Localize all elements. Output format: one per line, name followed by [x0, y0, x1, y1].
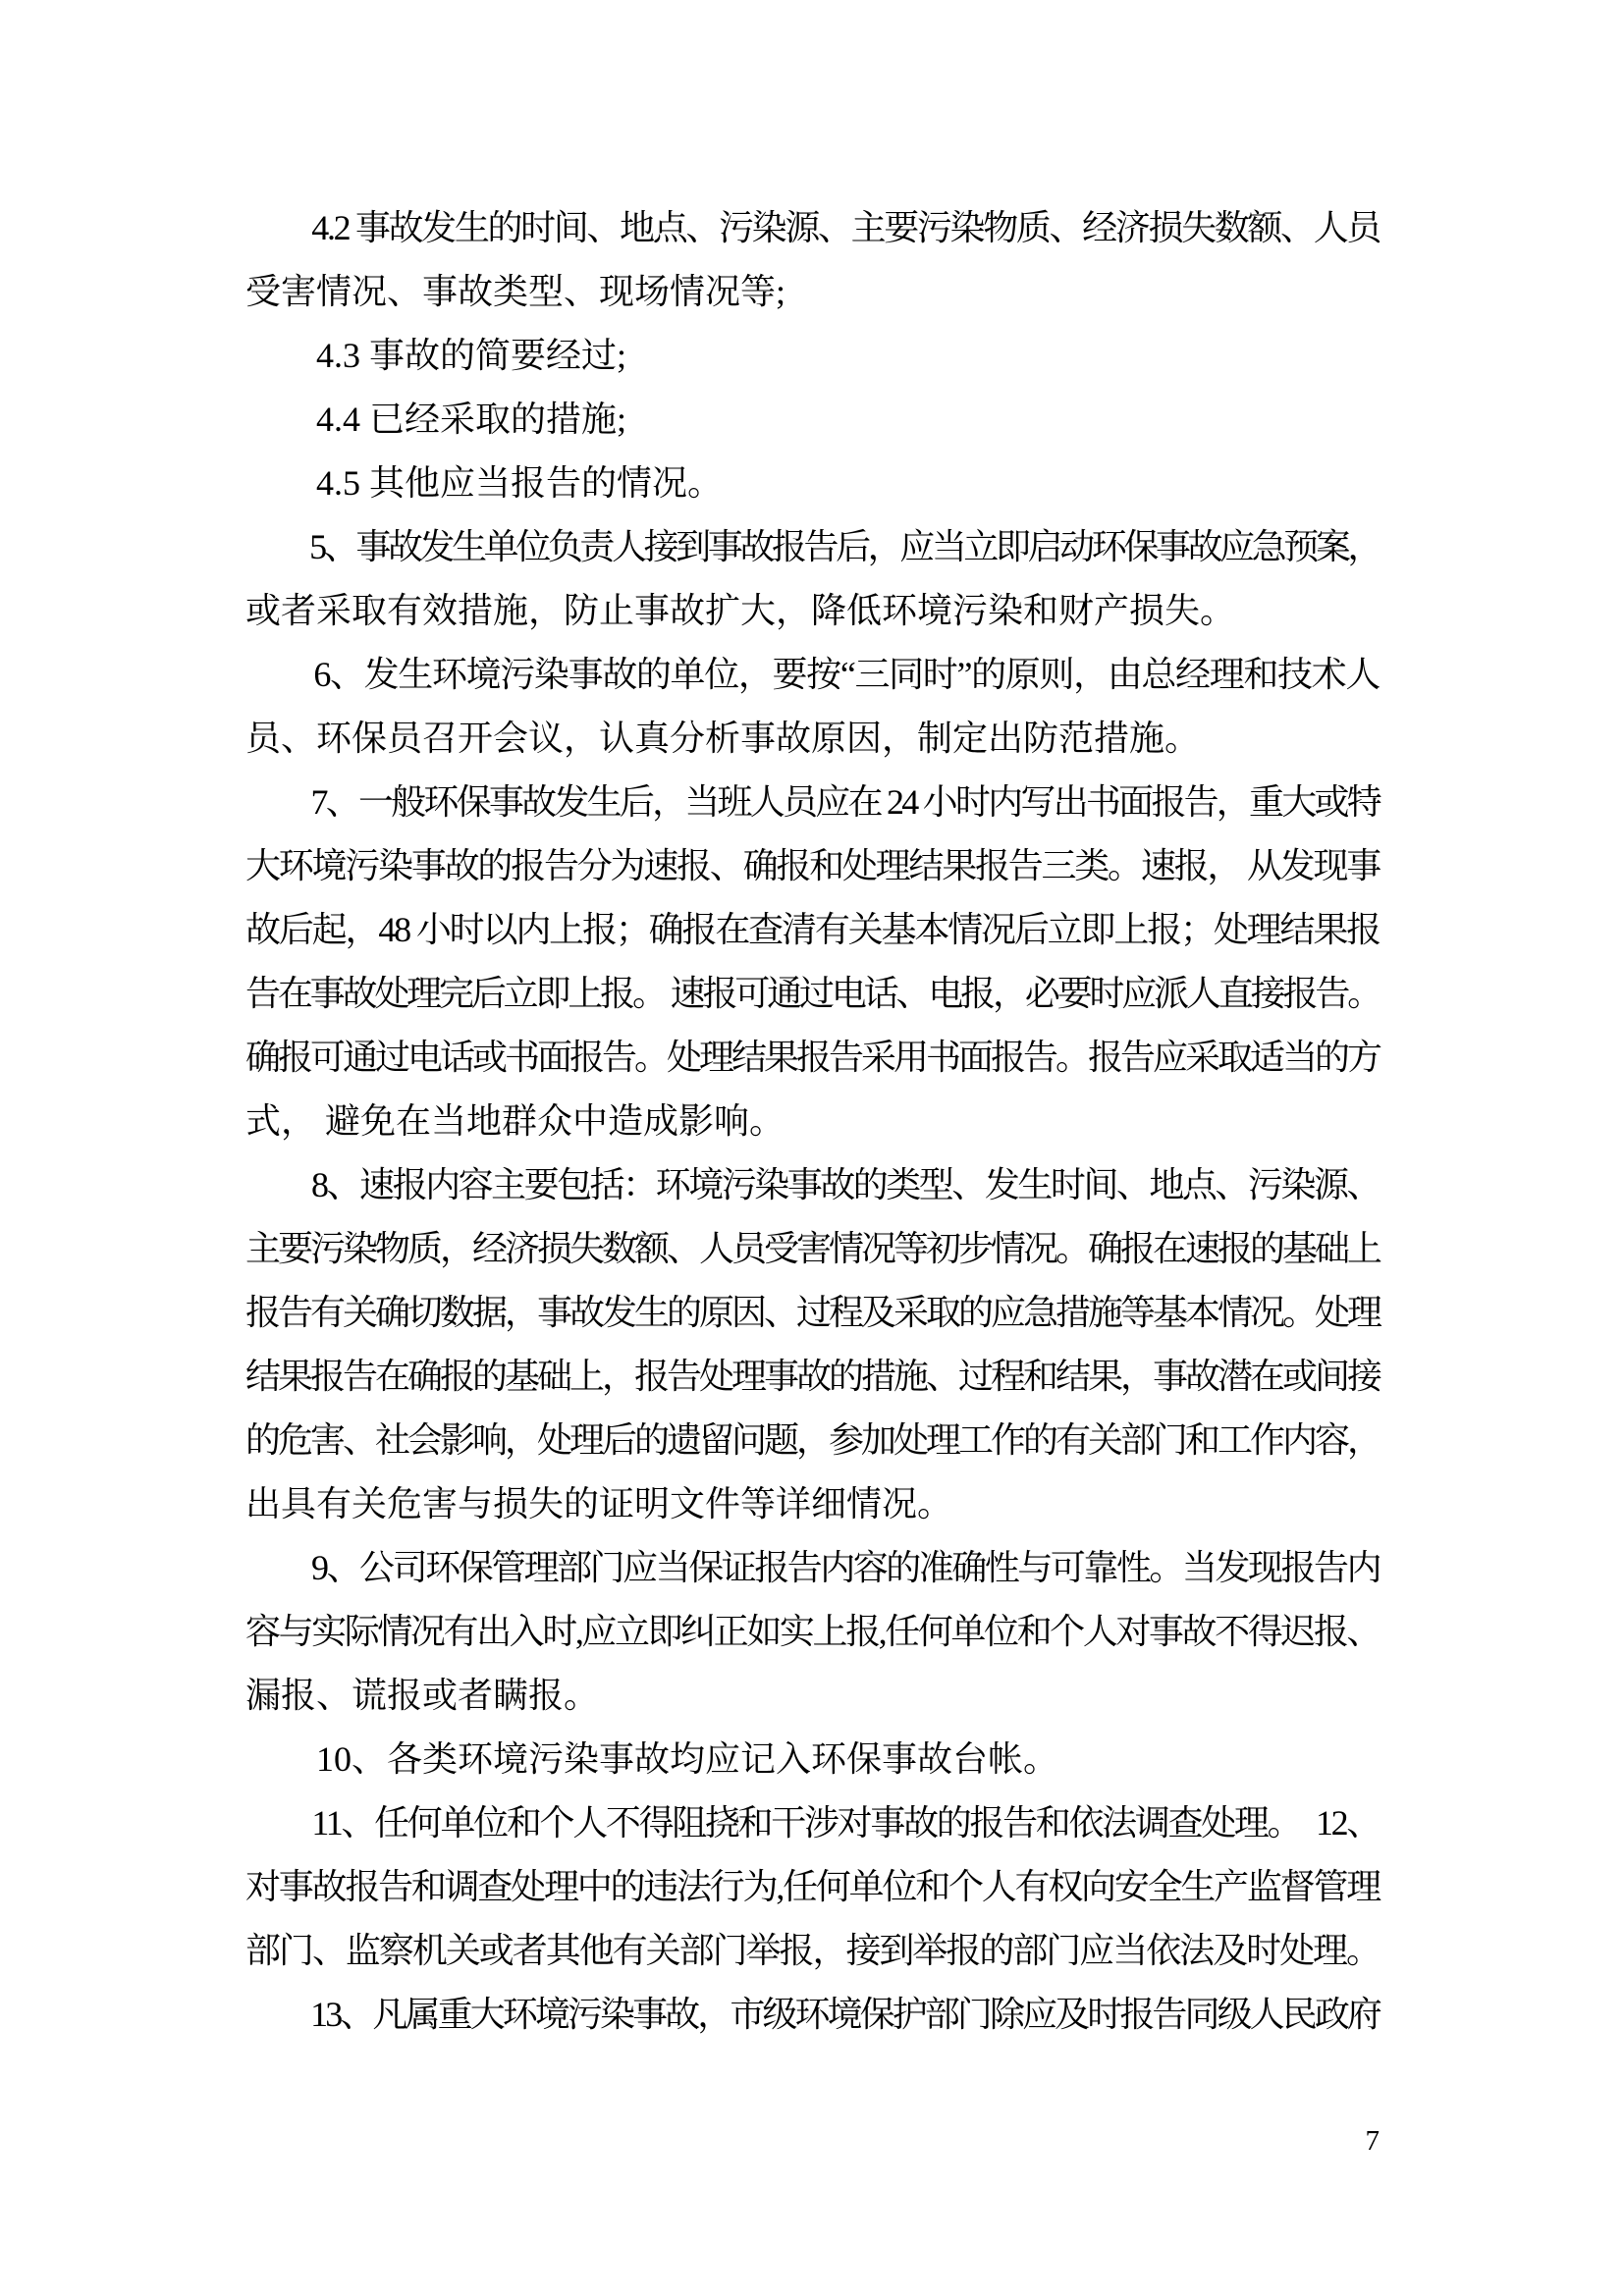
text-line: 对事故报告和调查处理中的违法行为,任何单位和个人有权向安全生产监督管理	[245, 1855, 1380, 1919]
text-line: 漏报、谎报或者瞒报。	[245, 1664, 1380, 1728]
text-line: 11、任何单位和个人不得阻挠和干涉对事故的报告和依法调查处理。 12、	[245, 1791, 1380, 1855]
text-line: 5、事故发生单位负责人接到事故报告后，应当立即启动环保事故应急预案，	[245, 515, 1380, 579]
text-line: 6、发生环境污染事故的单位，要按“三同时”的原则，由总经理和技术人	[245, 643, 1380, 707]
text-line: 容与实际情况有出入时,应立即纠正如实上报,任何单位和个人对事故不得迟报、	[245, 1600, 1380, 1664]
text-line: 8、速报内容主要包括：环境污染事故的类型、发生时间、地点、污染源、	[245, 1153, 1380, 1217]
text-line: 确报可通过电话或书面报告。处理结果报告采用书面报告。报告应采取适当的方	[245, 1026, 1380, 1090]
text-line: 4.3 事故的简要经过;	[245, 324, 1380, 388]
text-line: 式， 避免在当地群众中造成影响。	[245, 1090, 1380, 1153]
document-body: 4.2 事故发生的时间、地点、污染源、主要污染物质、经济损失数额、人员受害情况、…	[245, 196, 1380, 2047]
text-line: 或者采取有效措施，防止事故扩大，降低环境污染和财产损失。	[245, 579, 1380, 643]
page-number: 7	[245, 2120, 1380, 2162]
text-line: 部门、监察机关或者其他有关部门举报，接到举报的部门应当依法及时处理。	[245, 1919, 1380, 1983]
text-line: 受害情况、事故类型、现场情况等;	[245, 260, 1380, 324]
text-line: 7、一般环保事故发生后，当班人员应在 24 小时内写出书面报告，重大或特	[245, 771, 1380, 834]
text-line: 10、各类环境污染事故均应记入环保事故台帐。	[245, 1728, 1380, 1791]
text-line: 结果报告在确报的基础上，报告处理事故的措施、过程和结果，事故潜在或间接	[245, 1345, 1380, 1409]
text-line: 故后起，48 小时以内上报；确报在查清有关基本情况后立即上报；处理结果报	[245, 898, 1380, 962]
text-line: 告在事故处理完后立即上报。 速报可通过电话、电报，必要时应派人直接报告。	[245, 962, 1380, 1026]
text-line: 出具有关危害与损失的证明文件等详细情况。	[245, 1472, 1380, 1536]
text-line: 员、环保员召开会议，认真分析事故原因，制定出防范措施。	[245, 707, 1380, 771]
text-line: 4.4 已经采取的措施;	[245, 388, 1380, 452]
text-line: 主要污染物质，经济损失数额、人员受害情况等初步情况。确报在速报的基础上	[245, 1217, 1380, 1281]
document-page: 4.2 事故发生的时间、地点、污染源、主要污染物质、经济损失数额、人员受害情况、…	[0, 0, 1624, 2296]
text-line: 报告有关确切数据，事故发生的原因、过程及采取的应急措施等基本情况。处理	[245, 1281, 1380, 1345]
text-line: 13、凡属重大环境污染事故，市级环境保护部门除应及时报告同级人民政府	[245, 1983, 1380, 2047]
text-line: 大环境污染事故的报告分为速报、确报和处理结果报告三类。速报， 从发现事	[245, 834, 1380, 898]
text-line: 的危害、社会影响，处理后的遗留问题，参加处理工作的有关部门和工作内容，	[245, 1409, 1380, 1472]
text-line: 9、公司环保管理部门应当保证报告内容的准确性与可靠性。当发现报告内	[245, 1536, 1380, 1600]
text-line: 4.2 事故发生的时间、地点、污染源、主要污染物质、经济损失数额、人员	[245, 196, 1380, 260]
text-line: 4.5 其他应当报告的情况。	[245, 452, 1380, 515]
